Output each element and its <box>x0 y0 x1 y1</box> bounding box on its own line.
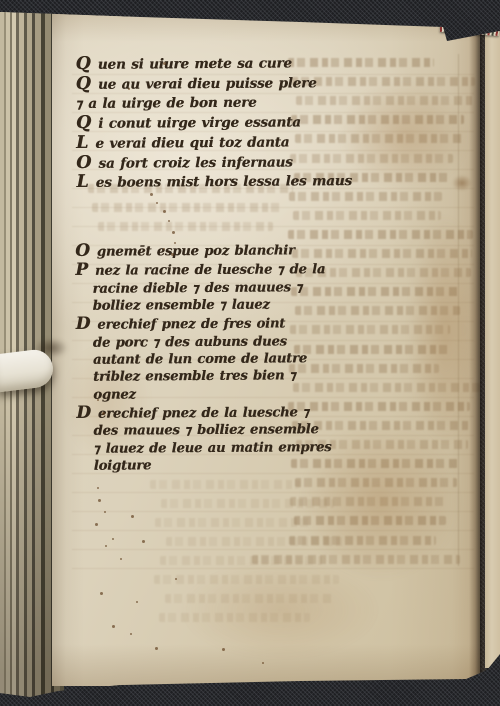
manuscript-line: ognez <box>76 385 331 404</box>
manuscript-line: autant de lun come de lautre <box>76 350 331 369</box>
manuscript-line: L e verai dieu qui toz danta <box>76 132 352 154</box>
endband <box>440 22 500 36</box>
manuscript-line: racine dieble ⁊ des mauues ⁊ <box>75 279 330 298</box>
manuscript-line: L es boens mist hors lessa les maus <box>76 171 352 193</box>
manuscript-line: bolliez ensemble ⁊ lauez <box>76 296 331 315</box>
manuscript-line: Q ue au verai dieu puisse plere <box>76 73 352 95</box>
manuscript-photo: Q uen si uiure mete sa cure Q ue au vera… <box>0 0 500 706</box>
poem-text-block: Q uen si uiure mete sa cure Q ue au vera… <box>76 53 352 193</box>
manuscript-line: triblez ensemble tres bien ⁊ <box>76 368 331 387</box>
manuscript-line: O sa fort croiz les infernaus <box>76 152 352 174</box>
manuscript-line: de porc ⁊ des aubuns dues <box>76 333 331 352</box>
manuscript-line: D erechief pnez de fres oint <box>76 313 331 334</box>
manuscript-line: D erechief pnez de la luesche ⁊ <box>76 402 331 423</box>
manuscript-line: ⁊ a la uirge de bon nere <box>76 93 352 114</box>
manuscript-line: P nez la racine de luesche ⁊ de la <box>75 259 330 280</box>
parchment-page: Q uen si uiure mete sa cure Q ue au vera… <box>52 12 480 686</box>
stain <box>340 80 470 190</box>
manuscript-line: des mauues ⁊ bolliez ensemble <box>76 422 331 441</box>
stain <box>180 560 380 660</box>
facing-page-edge <box>485 28 500 668</box>
manuscript-line: Q uen si uiure mete sa cure <box>76 53 352 75</box>
manuscript-line: loigture <box>77 456 332 475</box>
manuscript-line: ⁊ lauez de leue au matin empres <box>77 439 332 458</box>
manuscript-line: Q i conut uirge virge essanta <box>76 112 352 134</box>
codex: Q uen si uiure mete sa cure Q ue au vera… <box>0 0 500 706</box>
manuscript-line: O gnemēt espue poz blanchir <box>75 240 330 261</box>
recipe-text-block: O gnemēt espue poz blanchir P nez la rac… <box>75 240 331 475</box>
